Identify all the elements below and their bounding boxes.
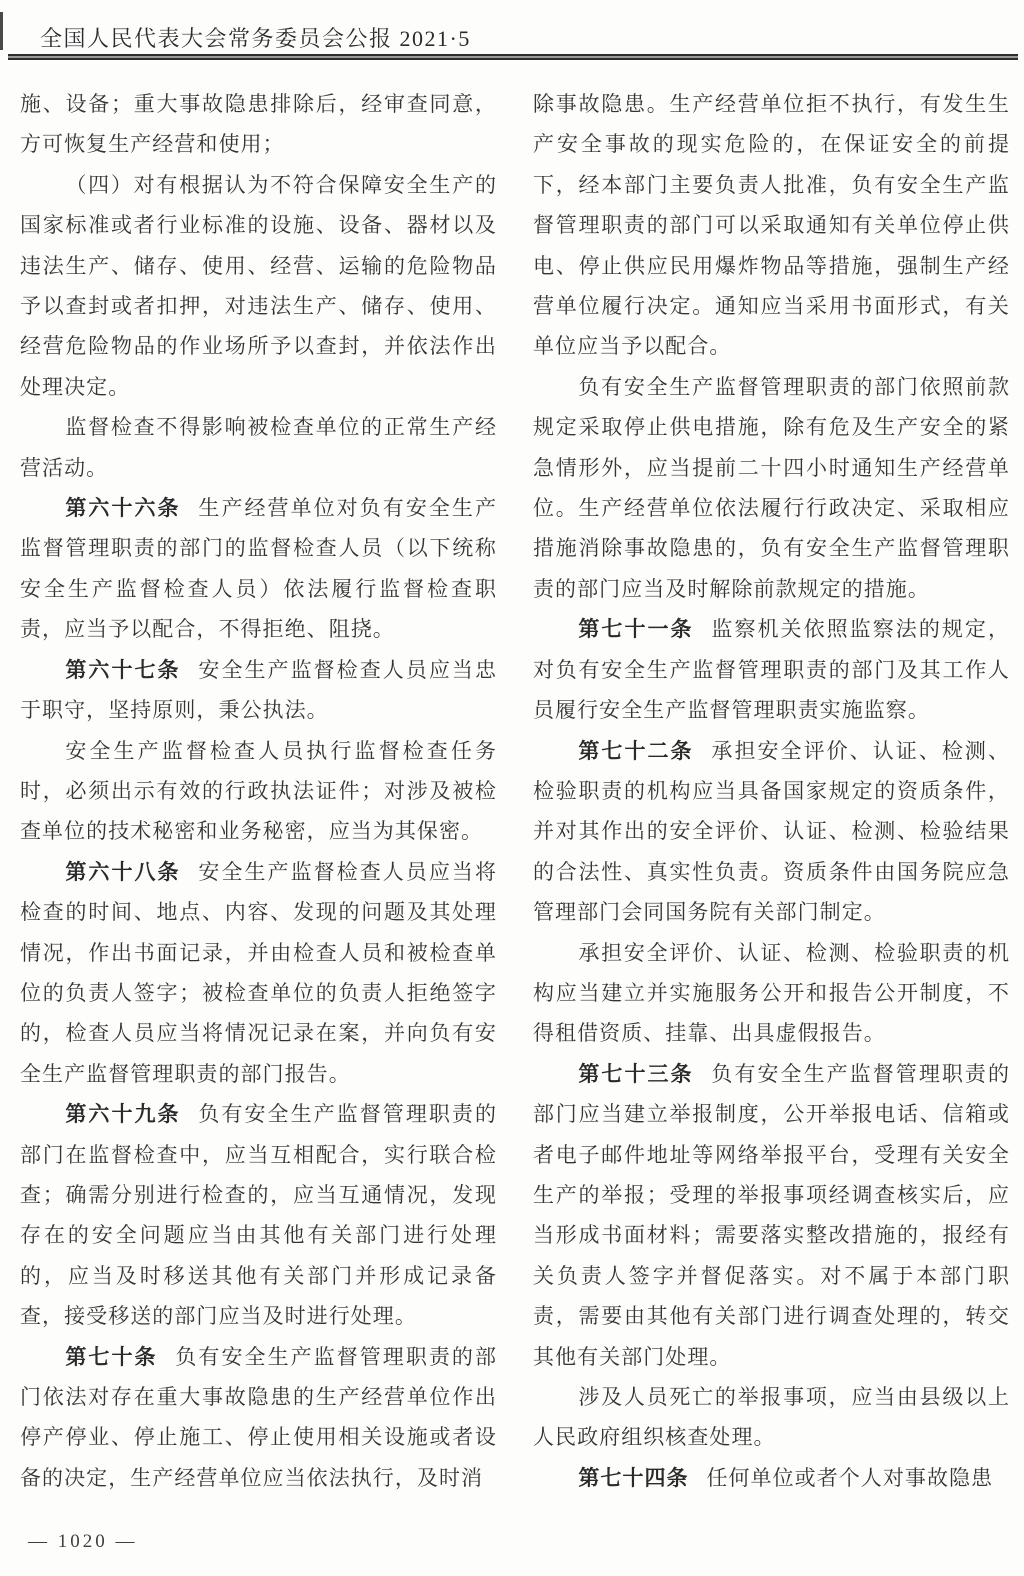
scan-edge-mark bbox=[0, 12, 3, 50]
article-68-paragraph: 第六十八条安全生产监督检查人员应当将检查的时间、地点、内容、发现的问题及其处理情… bbox=[20, 852, 497, 1094]
page-title: 全国人民代表大会常务委员会公报 2021·5 bbox=[40, 22, 471, 53]
article-71-paragraph: 第七十一条监察机关依照监察法的规定，对负有安全生产监督管理职责的部门及其工作人员… bbox=[533, 609, 1010, 730]
paragraph-text: 除事故隐患。生产经营单位拒不执行，有发生生产安全事故的现实危险的，在保证安全的前… bbox=[533, 92, 1010, 358]
right-column: 除事故隐患。生产经营单位拒不执行，有发生生产安全事故的现实危险的，在保证安全的前… bbox=[533, 84, 1010, 1498]
paragraph: 承担安全评价、认证、检测、检验职责的机构应当建立并实施服务公开和报告公开制度，不… bbox=[533, 933, 1010, 1054]
article-66-paragraph: 第六十六条生产经营单位对负有安全生产监督管理职责的部门的监督检查人员（以下统称安… bbox=[20, 488, 497, 650]
article-70-paragraph: 第七十条负有安全生产监督管理职责的部门依法对存在重大事故隐患的生产经营单位作出停… bbox=[20, 1337, 497, 1499]
page-number: — 1020 — bbox=[28, 1531, 138, 1553]
article-number: 第六十九条 bbox=[65, 1102, 180, 1126]
article-number: 第七十三条 bbox=[578, 1062, 693, 1086]
continuation-paragraph: 除事故隐患。生产经营单位拒不执行，有发生生产安全事故的现实危险的，在保证安全的前… bbox=[533, 84, 1010, 367]
article-number: 第七十二条 bbox=[578, 739, 693, 763]
article-number: 第七十四条 bbox=[578, 1466, 688, 1490]
left-column: 施、设备；重大事故隐患排除后，经审查同意，方可恢复生产经营和使用； （四）对有根… bbox=[20, 84, 497, 1498]
article-69-paragraph: 第六十九条负有安全生产监督管理职责的部门在监督检查中，应当互相配合，实行联合检查… bbox=[20, 1094, 497, 1336]
paragraph-text: 安全生产监督检查人员应当将检查的时间、地点、内容、发现的问题及其处理情况，作出书… bbox=[20, 860, 497, 1086]
paragraph: 负有安全生产监督管理职责的部门依照前款规定采取停止供电措施，除有危及生产安全的紧… bbox=[533, 367, 1010, 609]
paragraph: 涉及人员死亡的举报事项，应当由县级以上人民政府组织核查处理。 bbox=[533, 1377, 1010, 1458]
paragraph: 监督检查不得影响被检查单位的正常生产经营活动。 bbox=[20, 407, 497, 488]
article-73-paragraph: 第七十三条负有安全生产监督管理职责的部门应当建立举报制度，公开举报电话、信箱或者… bbox=[533, 1054, 1010, 1377]
gazette-page: 全国人民代表大会常务委员会公报 2021·5 施、设备；重大事故隐患排除后，经审… bbox=[0, 0, 1024, 1576]
article-number: 第七十一条 bbox=[578, 617, 693, 641]
paragraph-text: 负有安全生产监督管理职责的部门在监督检查中，应当互相配合，实行联合检查；确需分别… bbox=[20, 1102, 497, 1328]
article-number: 第六十八条 bbox=[65, 860, 180, 884]
article-72-paragraph: 第七十二条承担安全评价、认证、检测、检验职责的机构应当具备国家规定的资质条件，并… bbox=[533, 731, 1010, 933]
paragraph-text: 承担安全评价、认证、检测、检验职责的机构应当建立并实施服务公开和报告公开制度，不… bbox=[533, 941, 1010, 1046]
continuation-paragraph: 施、设备；重大事故隐患排除后，经审查同意，方可恢复生产经营和使用； bbox=[20, 84, 497, 165]
article-number: 第六十六条 bbox=[65, 496, 180, 520]
paragraph-text: 承担安全评价、认证、检测、检验职责的机构应当具备国家规定的资质条件，并对其作出的… bbox=[533, 739, 1010, 925]
item-four-paragraph: （四）对有根据认为不符合保障安全生产的国家标准或者行业标准的设施、设备、器材以及… bbox=[20, 165, 497, 407]
paragraph-text: 任何单位或者个人对事故隐患 bbox=[706, 1466, 993, 1490]
article-number: 第六十七条 bbox=[65, 658, 180, 682]
paragraph-text: 负有安全生产监督管理职责的部门应当建立举报制度，公开举报电话、信箱或者电子邮件地… bbox=[533, 1062, 1010, 1369]
paragraph-text: 安全生产监督检查人员执行监督检查任务时，必须出示有效的行政执法证件；对涉及被检查… bbox=[20, 739, 497, 844]
paragraph-text: 监督检查不得影响被检查单位的正常生产经营活动。 bbox=[20, 415, 497, 479]
header-divider bbox=[8, 54, 1018, 60]
paragraph-text: （四）对有根据认为不符合保障安全生产的国家标准或者行业标准的设施、设备、器材以及… bbox=[20, 173, 497, 399]
paragraph-text: 涉及人员死亡的举报事项，应当由县级以上人民政府组织核查处理。 bbox=[533, 1385, 1010, 1449]
paragraph-text: 施、设备；重大事故隐患排除后，经审查同意，方可恢复生产经营和使用； bbox=[20, 92, 497, 156]
paragraph: 安全生产监督检查人员执行监督检查任务时，必须出示有效的行政执法证件；对涉及被检查… bbox=[20, 731, 497, 852]
article-67-paragraph: 第六十七条安全生产监督检查人员应当忠于职守，坚持原则，秉公执法。 bbox=[20, 650, 497, 731]
article-74-paragraph: 第七十四条任何单位或者个人对事故隐患 bbox=[533, 1458, 1010, 1498]
article-number: 第七十条 bbox=[65, 1345, 157, 1369]
paragraph-text: 负有安全生产监督管理职责的部门依照前款规定采取停止供电措施，除有危及生产安全的紧… bbox=[533, 375, 1010, 601]
